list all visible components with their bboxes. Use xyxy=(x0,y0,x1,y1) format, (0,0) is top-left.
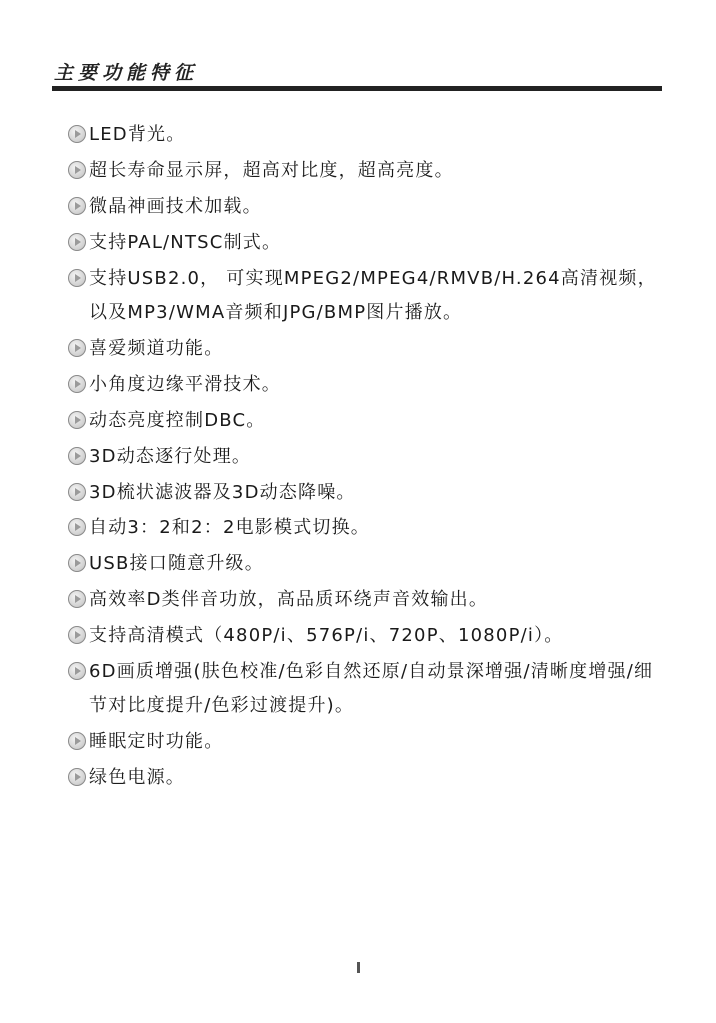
list-item: 支持USB2.0， 可实现MPEG2/MPEG4/RMVB/H.264高清视频，… xyxy=(68,262,668,331)
play-circle-icon xyxy=(68,411,86,429)
list-item: 小角度边缘平滑技术。 xyxy=(68,368,668,403)
feature-text: 支持USB2.0， 可实现MPEG2/MPEG4/RMVB/H.264高清视频，… xyxy=(89,262,668,331)
feature-text: 超长寿命显示屏，超高对比度，超高亮度。 xyxy=(89,154,668,189)
feature-text: 自动3：2和2：2电影模式切换。 xyxy=(89,511,668,546)
feature-text: 微晶神画技术加载。 xyxy=(89,190,668,225)
play-circle-icon xyxy=(68,590,86,608)
list-item: 6D画质增强(肤色校准/色彩自然还原/自动景深增强/清晰度增强/细节对比度提升/… xyxy=(68,655,668,724)
feature-text: 睡眠定时功能。 xyxy=(89,725,668,760)
list-item: 超长寿命显示屏，超高对比度，超高亮度。 xyxy=(68,154,668,189)
list-item: USB接口随意升级。 xyxy=(68,547,668,582)
play-circle-icon xyxy=(68,662,86,680)
feature-list: LED背光。 超长寿命显示屏，超高对比度，超高亮度。 微晶神画技术加载。 支持P… xyxy=(68,118,668,797)
feature-text: LED背光。 xyxy=(89,118,668,153)
play-circle-icon xyxy=(68,125,86,143)
play-circle-icon xyxy=(68,161,86,179)
play-circle-icon xyxy=(68,518,86,536)
list-item: 自动3：2和2：2电影模式切换。 xyxy=(68,511,668,546)
list-item: 睡眠定时功能。 xyxy=(68,725,668,760)
feature-text: 3D动态逐行处理。 xyxy=(89,440,668,475)
play-circle-icon xyxy=(68,339,86,357)
list-item: 微晶神画技术加载。 xyxy=(68,190,668,225)
play-circle-icon xyxy=(68,197,86,215)
title-divider xyxy=(52,86,662,91)
feature-text: 喜爱频道功能。 xyxy=(89,332,668,367)
play-circle-icon xyxy=(68,483,86,501)
feature-text: 小角度边缘平滑技术。 xyxy=(89,368,668,403)
feature-text: 支持PAL/NTSC制式。 xyxy=(89,226,668,261)
feature-text: 绿色电源。 xyxy=(89,761,668,796)
play-circle-icon xyxy=(68,626,86,644)
play-circle-icon xyxy=(68,375,86,393)
list-item: LED背光。 xyxy=(68,118,668,153)
list-item: 动态亮度控制DBC。 xyxy=(68,404,668,439)
feature-text: 高效率D类伴音功放，高品质环绕声音效输出。 xyxy=(89,583,668,618)
play-circle-icon xyxy=(68,269,86,287)
list-item: 高效率D类伴音功放，高品质环绕声音效输出。 xyxy=(68,583,668,618)
list-item: 支持高清模式（480P/i、576P/i、720P、1080P/i）。 xyxy=(68,619,668,654)
feature-text: 动态亮度控制DBC。 xyxy=(89,404,668,439)
play-circle-icon xyxy=(68,768,86,786)
section-title: 主要功能特征 xyxy=(54,58,198,85)
list-item: 3D动态逐行处理。 xyxy=(68,440,668,475)
list-item: 支持PAL/NTSC制式。 xyxy=(68,226,668,261)
feature-text: USB接口随意升级。 xyxy=(89,547,668,582)
feature-text: 支持高清模式（480P/i、576P/i、720P、1080P/i）。 xyxy=(89,619,668,654)
play-circle-icon xyxy=(68,447,86,465)
list-item: 绿色电源。 xyxy=(68,761,668,796)
page-number: I xyxy=(357,962,360,973)
play-circle-icon xyxy=(68,233,86,251)
play-circle-icon xyxy=(68,554,86,572)
list-item: 3D梳状滤波器及3D动态降噪。 xyxy=(68,476,668,511)
feature-text: 3D梳状滤波器及3D动态降噪。 xyxy=(89,476,668,511)
feature-text: 6D画质增强(肤色校准/色彩自然还原/自动景深增强/清晰度增强/细节对比度提升/… xyxy=(89,655,668,724)
list-item: 喜爱频道功能。 xyxy=(68,332,668,367)
play-circle-icon xyxy=(68,732,86,750)
